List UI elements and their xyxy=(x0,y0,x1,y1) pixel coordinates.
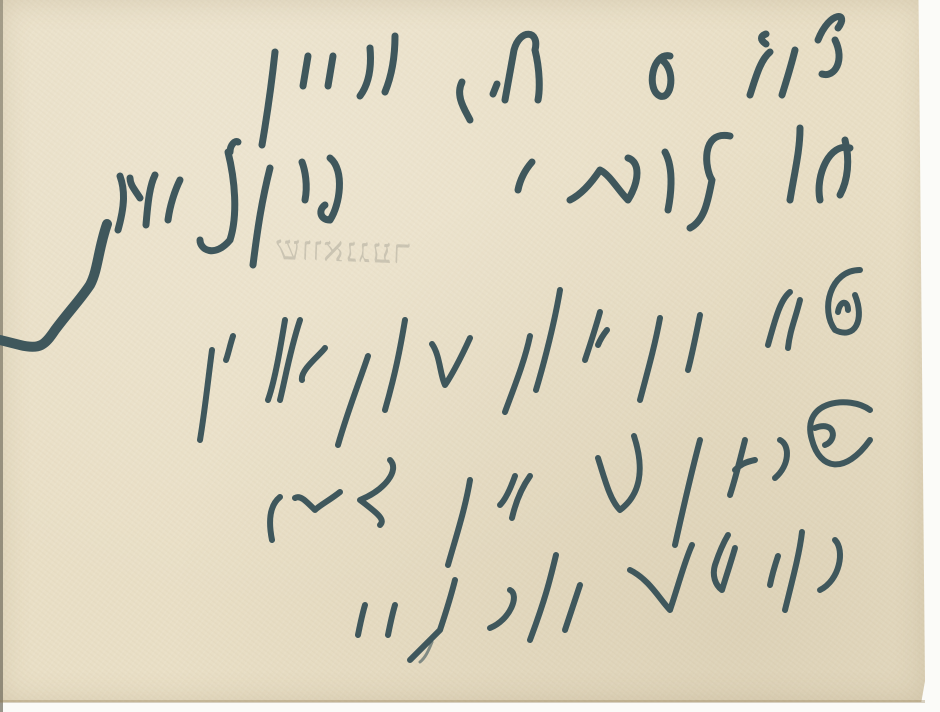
ink-line-5 xyxy=(358,532,840,660)
ink-line-1 xyxy=(262,17,842,145)
ink-line-4 xyxy=(270,402,870,565)
ink-left-flourish xyxy=(0,224,107,347)
ink-line-2 xyxy=(118,128,850,265)
ink-strokes xyxy=(0,0,940,712)
ink-line-3 xyxy=(200,270,860,445)
scanned-note: שוואנגער בלויז הלוץ מיין אוישטעגי צו זען… xyxy=(0,0,940,712)
